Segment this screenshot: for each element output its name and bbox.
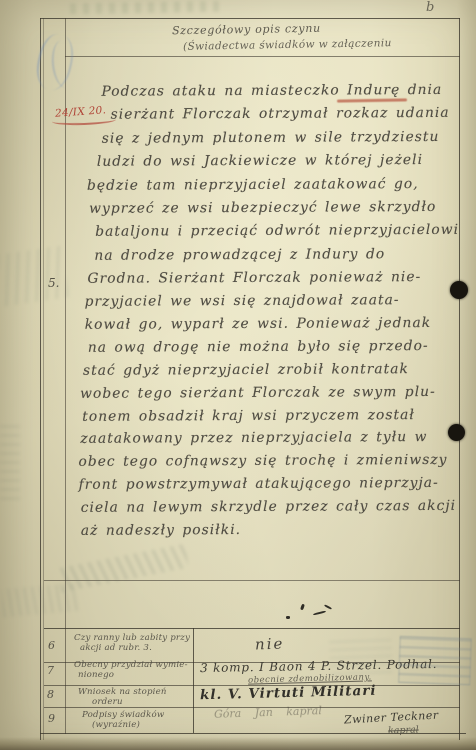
row-label-7-line1: Obecny przydział wymie- [74, 660, 188, 670]
body-line: Grodna. Sierżant Florczak ponieważ nie- [87, 269, 421, 287]
row-number-8: 8 [47, 688, 54, 701]
body-line: wobec tego sierżant Florczak ze swym plu… [80, 384, 436, 402]
row-number-7: 7 [47, 664, 54, 677]
row-number-6: 6 [48, 639, 55, 652]
row-label-8: Wniosek na stopień orderu [78, 687, 167, 707]
page-bottom-edge [0, 737, 476, 750]
body-line: będzie tam nieprzyjaciel zaatakować go, [87, 176, 419, 194]
row-label-7: Obecny przydział wymie- nionego [74, 660, 188, 680]
row-number-9: 9 [48, 712, 55, 725]
punch-hole-bottom [448, 424, 465, 441]
body-line: ciela na lewym skrzydle przez cały czas … [81, 498, 457, 516]
witness-signature-2-rank: kapral [388, 724, 419, 736]
body-line: tonem obsadził kraj wsi przyczem został [82, 407, 415, 425]
body-line: aż nadeszły posiłki. [81, 522, 241, 539]
body-line: wyprzeć ze wsi ubezpieczyć lewe skrzydło [89, 199, 436, 217]
faint-stamp [398, 636, 472, 685]
body-line: bataljonu i przeciąć odwrót nieprzyjacie… [95, 222, 459, 240]
row-label-8-line2: orderu [92, 697, 167, 707]
body-line: ludzi do wsi Jackiewicze w której jeżeli [97, 152, 423, 170]
body-line: zaatakowany przez nieprzyjaciela z tyłu … [80, 429, 427, 447]
body-line: przyjaciel we wsi się znajdował zaata- [85, 292, 400, 310]
row-label-6-line1: Czy ranny lub zabity przy [74, 633, 190, 643]
scanned-document-page: Szczegółowy opis czynu (Świadectwa świad… [0, 0, 476, 750]
body-line: front powstrzymywał atakującego nieprzyj… [79, 475, 439, 493]
body-line: kował go, wyparł ze wsi. Ponieważ jednak [85, 315, 432, 333]
row-label-9: Podpisy świadków (wyraźnie) [82, 710, 164, 730]
body-line: się z jednym plutonem w sile trzydziestu [102, 129, 440, 147]
punch-hole-top [450, 281, 468, 299]
body-line: na drodze prowadzącej z Indury do [94, 246, 385, 264]
body-line: Podczas ataku na miasteczko Indurę dnia [101, 82, 442, 100]
row-label-7-line2: nionego [78, 670, 188, 680]
row-value-6: nie [255, 634, 285, 653]
row-label-9-line2: (wyraźnie) [92, 720, 164, 730]
row-label-6-line2: akcji ad rubr. 3. [80, 643, 190, 653]
body-line: stać gdyż nieprzyjaciel zrobił kontratak [83, 361, 409, 379]
row-label-8-line1: Wniosek na stopień [78, 687, 167, 697]
body-line: obec tego cofnąwszy się trochę i zmieniw… [78, 452, 447, 470]
row-label-6: Czy ranny lub zabity przy akcji ad rubr.… [74, 633, 190, 653]
ink-speck [286, 616, 290, 619]
body-line: na ową drogę nie można było się przedo- [88, 338, 429, 356]
body-line: sierżant Florczak otrzymał rozkaz udania [111, 105, 450, 123]
row-label-9-line1: Podpisy świadków [82, 710, 164, 720]
